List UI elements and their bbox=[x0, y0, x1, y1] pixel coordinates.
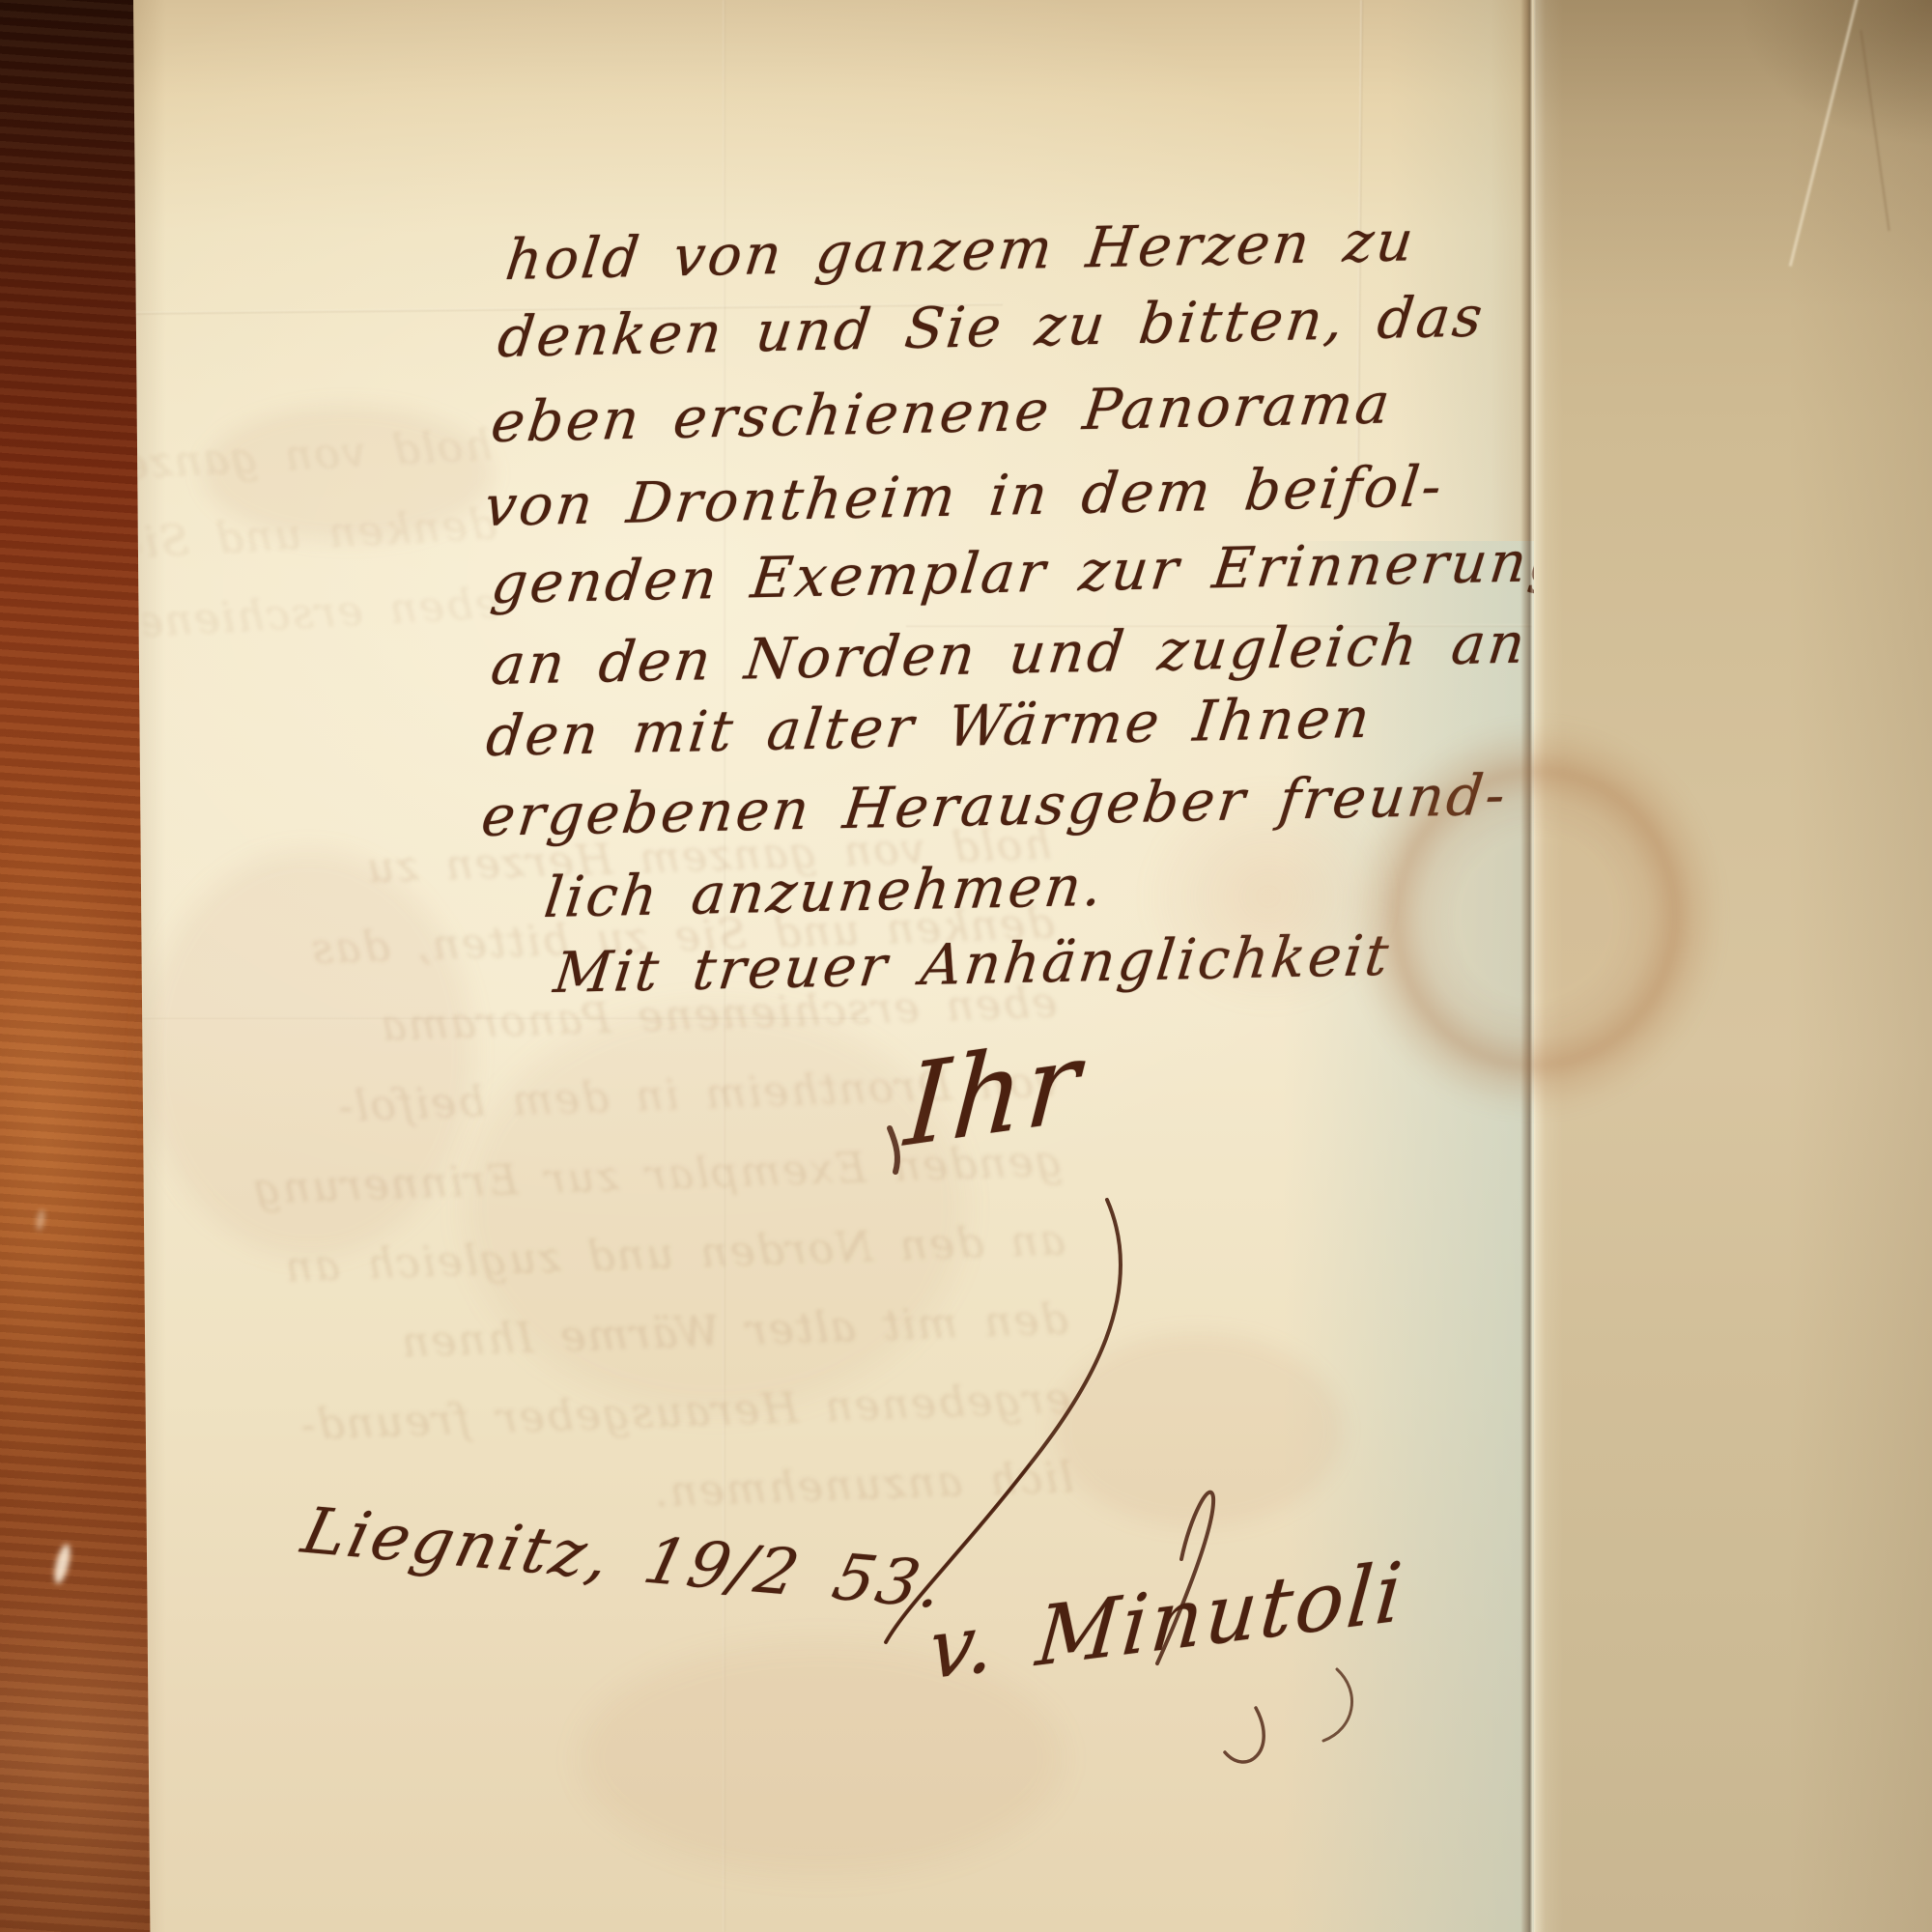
letter-line: von Drontheim in dem beifol- bbox=[481, 453, 1448, 539]
letter-line: hold von ganzem Herzen zu bbox=[502, 208, 1419, 293]
letter-line: eben erschienene Panorama bbox=[488, 370, 1396, 455]
letter-line: lich anzunehmen. bbox=[541, 853, 1108, 930]
foxing-blot bbox=[203, 406, 493, 541]
foxing-blot bbox=[580, 1642, 1063, 1874]
foxing-blot bbox=[464, 1005, 966, 1410]
foxing-blot bbox=[145, 850, 473, 1256]
letter-line: denken und Sie zu bitten, das bbox=[495, 283, 1489, 370]
fold-shading bbox=[1534, 0, 1932, 309]
foxing-blot bbox=[1053, 1333, 1343, 1526]
water-stain-smudge bbox=[1109, 752, 1428, 1041]
wood-glint bbox=[35, 1208, 46, 1231]
wood-glint bbox=[51, 1543, 73, 1585]
photo-of-handwritten-letter: hold von ganzem Herzen zu denken und Sie… bbox=[0, 0, 1932, 1932]
